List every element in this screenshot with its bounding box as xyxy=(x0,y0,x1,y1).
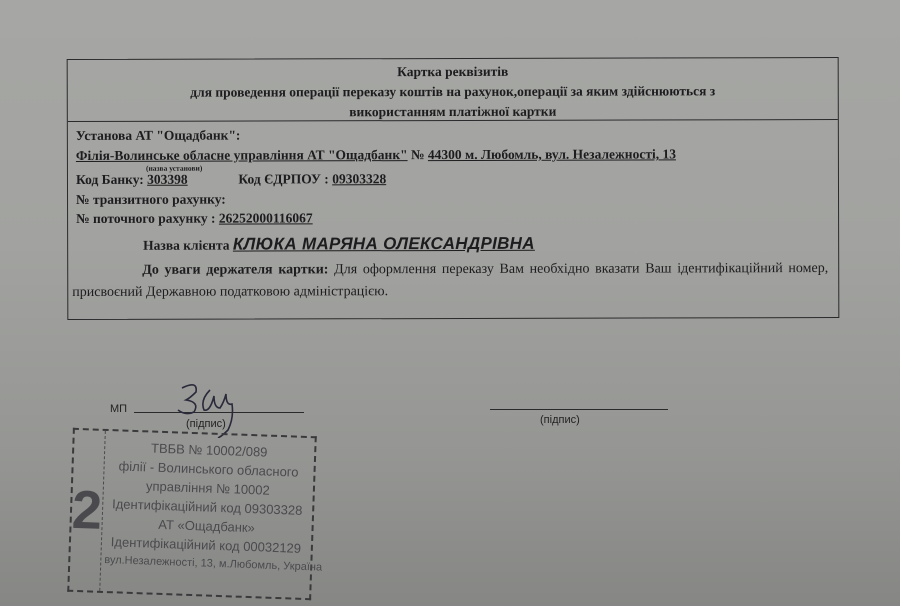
card-subtitle-line1: для проведення операції переказу коштів … xyxy=(68,81,838,103)
institution-label: Установа АТ "Ощадбанк": xyxy=(76,128,241,144)
bank-stamp: 2 ТВБВ № 10002/089 філії - Волинського о… xyxy=(67,428,317,600)
edrpou-value: 09303328 xyxy=(332,171,386,186)
current-account-label: № поточного рахунку : xyxy=(76,211,215,226)
client-label: Назва клієнта xyxy=(143,238,229,253)
branch-row: Філія-Волинське обласне управління АТ "О… xyxy=(76,146,676,164)
current-account-row: № поточного рахунку : 26252000116067 xyxy=(76,210,313,227)
bank-code-label: Код Банку: xyxy=(76,172,144,187)
edrpou-label: Код ЄДРПОУ : xyxy=(238,171,328,186)
codes-row: Код Банку: 303398 Код ЄДРПОУ : 09303328 xyxy=(76,171,386,188)
card-header: Картка реквізитів для проведення операці… xyxy=(68,58,838,122)
branch-number-sign: № xyxy=(411,147,425,162)
client-name: КЛЮКА МАРЯНА ОЛЕКСАНДРІВНА xyxy=(233,234,535,254)
bank-code-value: 303398 xyxy=(147,172,188,187)
card-body: Установа АТ "Ощадбанк": Філія-Волинське … xyxy=(68,120,838,128)
stamp-text: ТВБВ № 10002/089 філії - Волинського обл… xyxy=(104,437,311,577)
branch-address: 44300 м. Любомль, вул. Незалежності, 13 xyxy=(428,146,676,162)
branch-name: Філія-Волинське обласне управління АТ "О… xyxy=(76,147,408,163)
card-title: Картка реквізитів xyxy=(68,61,838,83)
left-signature-caption: (підпис) xyxy=(186,418,226,430)
cardholder-note: До уваги держателя картки: Для оформленн… xyxy=(72,258,828,304)
client-row: Назва клієнта КЛЮКА МАРЯНА ОЛЕКСАНДРІВНА xyxy=(143,234,535,255)
stamp-place-label: МП xyxy=(110,403,127,415)
stamp-number: 2 xyxy=(69,430,106,591)
transit-account-label: № транзитного рахунку: xyxy=(76,192,226,207)
note-label: До уваги держателя картки: xyxy=(142,262,328,277)
requisites-card: Картка реквізитів для проведення операці… xyxy=(67,57,840,320)
transit-account-row: № транзитного рахунку: xyxy=(76,192,226,208)
current-account-value: 26252000116067 xyxy=(219,210,313,225)
right-signature-line xyxy=(490,409,668,410)
right-signature-caption: (підпис) xyxy=(540,414,580,426)
